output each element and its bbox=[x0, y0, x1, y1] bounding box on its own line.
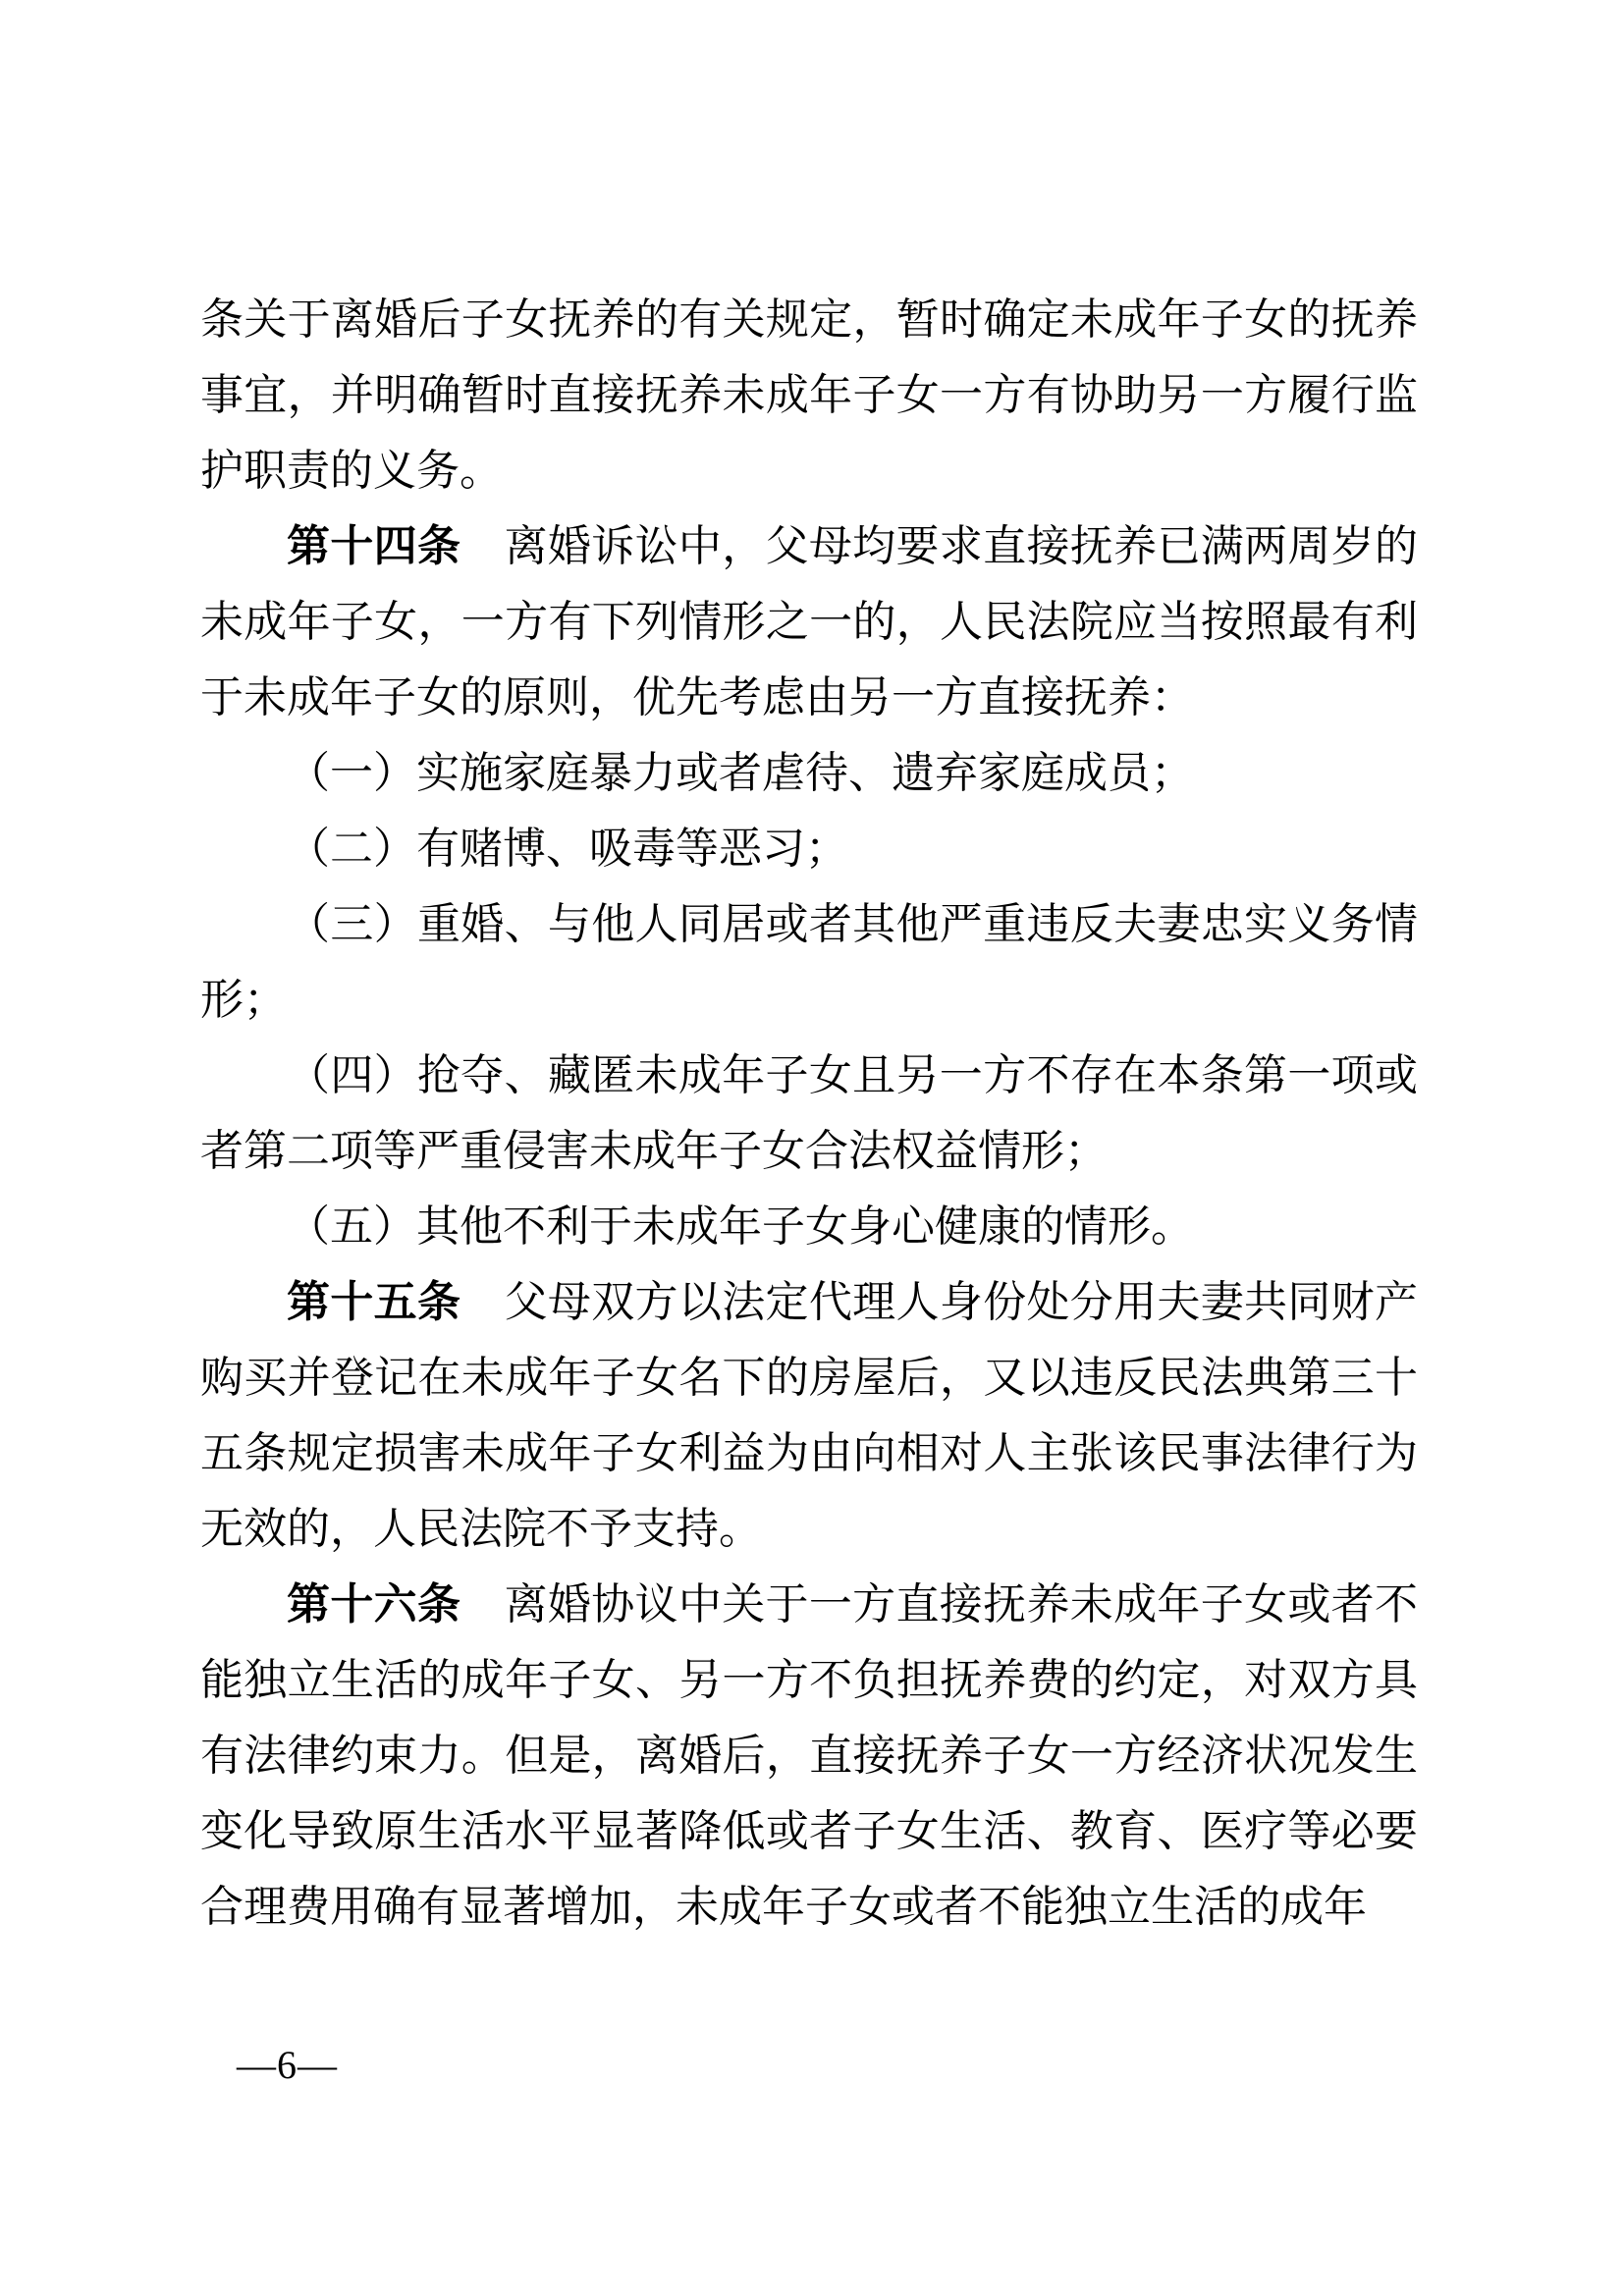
paragraph-continuation: 条关于离婚后子女抚养的有关规定，暂时确定未成年子女的抚养事宜，并明确暂时直接抚养… bbox=[200, 282, 1418, 508]
paragraph-text: （五）其他不利于未成年子女身心健康的情形。 bbox=[287, 1202, 1194, 1251]
paragraph-text: 离婚协议中关于一方直接抚养未成年子女或者不能独立生活的成年子女、另一方不负担抚养… bbox=[200, 1580, 1418, 1931]
paragraph-article-14: 第十四条 离婚诉讼中，父母均要求直接抚养已满两周岁的未成年子女，一方有下列情形之… bbox=[200, 508, 1418, 735]
paragraph-article-15: 第十五条 父母双方以法定代理人身份处分用夫妻共同财产购买并登记在未成年子女名下的… bbox=[200, 1264, 1418, 1567]
paragraph-item-4: （四）抢夺、藏匿未成年子女且另一方不存在本条第一项或者第二项等严重侵害未成年子女… bbox=[200, 1038, 1418, 1189]
paragraph-text: （四）抢夺、藏匿未成年子女且另一方不存在本条第一项或者第二项等严重侵害未成年子女… bbox=[200, 1051, 1418, 1175]
paragraph-item-5: （五）其他不利于未成年子女身心健康的情形。 bbox=[200, 1189, 1418, 1264]
article-number-14: 第十四条 bbox=[287, 522, 460, 570]
document-text-block: 条关于离婚后子女抚养的有关规定，暂时确定未成年子女的抚养事宜，并明确暂时直接抚养… bbox=[200, 282, 1418, 1945]
page-number: —6— bbox=[237, 2044, 338, 2087]
paragraph-text: （一）实施家庭暴力或者虐待、遗弃家庭成员； bbox=[287, 749, 1194, 797]
paragraph-text: （二）有赌博、吸毒等恶习； bbox=[287, 825, 848, 873]
paragraph-item-1: （一）实施家庭暴力或者虐待、遗弃家庭成员； bbox=[200, 735, 1418, 811]
article-number-16: 第十六条 bbox=[287, 1580, 460, 1629]
article-number-15: 第十五条 bbox=[287, 1278, 460, 1326]
paragraph-article-16: 第十六条 离婚协议中关于一方直接抚养未成年子女或者不能独立生活的成年子女、另一方… bbox=[200, 1567, 1418, 1945]
paragraph-text: （三）重婚、与他人同居或者其他严重违反夫妻忠实义务情形； bbox=[200, 900, 1418, 1024]
paragraph-item-2: （二）有赌博、吸毒等恶习； bbox=[200, 811, 1418, 886]
paragraph-text: 条关于离婚后子女抚养的有关规定，暂时确定未成年子女的抚养事宜，并明确暂时直接抚养… bbox=[200, 295, 1418, 495]
paragraph-item-3: （三）重婚、与他人同居或者其他严重违反夫妻忠实义务情形； bbox=[200, 886, 1418, 1038]
